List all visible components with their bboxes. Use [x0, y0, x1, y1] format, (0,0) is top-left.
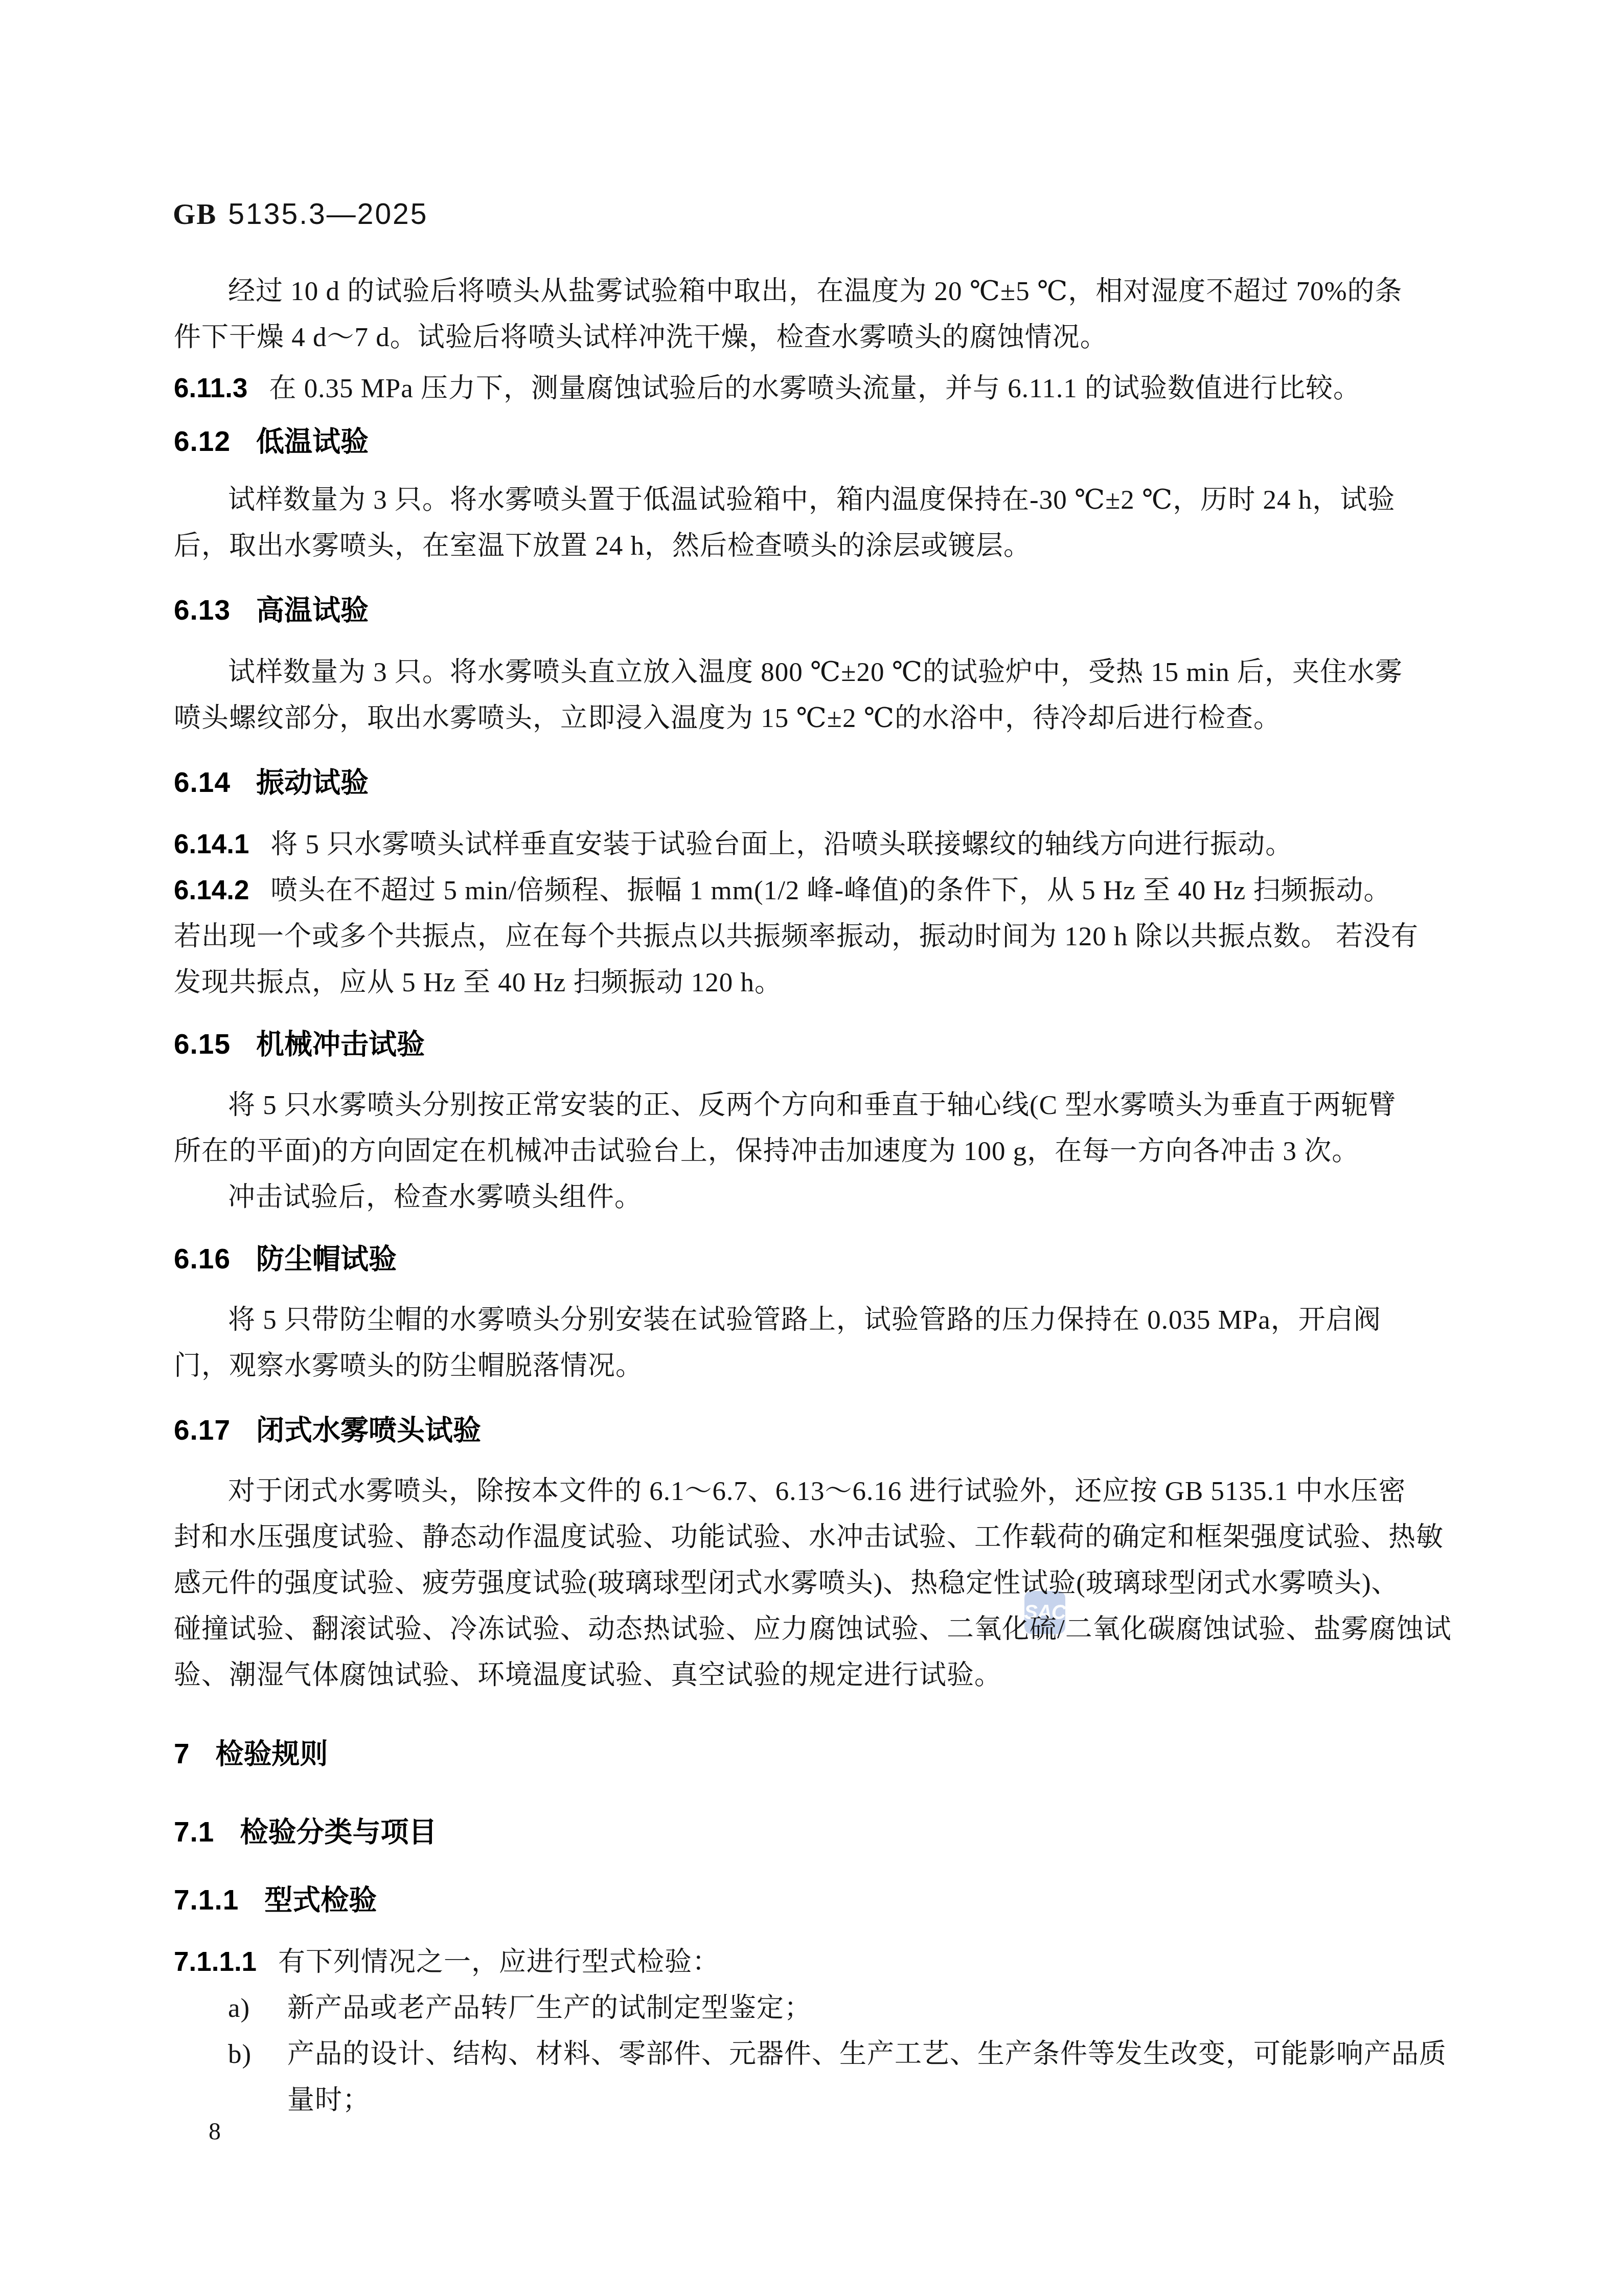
list-item-b-continuation: 量时； — [174, 2084, 1596, 2117]
list-item-a: a)新产品或老产品转厂生产的试制定型鉴定； — [174, 1992, 1596, 2025]
page-number: 8 — [209, 2119, 221, 2145]
paragraph-line: 对于闭式水雾喷头，除按本文件的 6.1～6.7、6.13～6.16 进行试验外，… — [174, 1475, 1537, 1508]
paragraph-line: 件下干燥 4 d～7 d。试验后将喷头试样冲洗干燥，检查水雾喷头的腐蚀情况。 — [174, 321, 1482, 354]
clause-6-14-2: 6.14.2喷头在不超过 5 min/倍频程、振幅 1 mm(1/2 峰-峰值)… — [174, 874, 1482, 907]
section-title: 防尘帽试验 — [256, 1243, 397, 1275]
section-heading-6-14: 6.14振动试验 — [174, 766, 1482, 799]
list-marker: a) — [228, 1992, 250, 2025]
section-number: 7.1 — [174, 1816, 214, 1848]
section-heading-6-16: 6.16防尘帽试验 — [174, 1242, 1482, 1275]
paragraph-line: 发现共振点，应从 5 Hz 至 40 Hz 扫频振动 120 h。 — [174, 966, 1482, 999]
section-title: 振动试验 — [256, 766, 369, 798]
paragraph-line: 若出现一个或多个共振点，应在每个共振点以共振频率振动，振动时间为 120 h 除… — [174, 920, 1482, 953]
standard-code: 5135.3—2025 — [228, 198, 428, 231]
paragraph-line: 感元件的强度试验、疲劳强度试验(玻璃球型闭式水雾喷头)、热稳定性试验(玻璃球型闭… — [174, 1567, 1482, 1600]
paragraph-line: 所在的平面)的方向固定在机械冲击试验台上，保持冲击加速度为 100 g，在每一方… — [174, 1135, 1482, 1168]
list-item-b: b)产品的设计、结构、材料、零部件、元器件、生产工艺、生产条件等发生改变，可能影… — [174, 2038, 1596, 2071]
section-number: 7 — [174, 1738, 190, 1769]
section-heading-7-1-1: 7.1.1型式检验 — [174, 1883, 1482, 1916]
clause-text: 在 0.35 MPa 压力下，测量腐蚀试验后的水雾喷头流量，并与 6.11.1 … — [269, 374, 1361, 403]
section-title: 高温试验 — [256, 594, 369, 626]
clause-number: 6.14.1 — [174, 829, 249, 859]
paragraph-line: 验、潮湿气体腐蚀试验、环境温度试验、真空试验的规定进行试验。 — [174, 1659, 1482, 1692]
section-title: 检验分类与项目 — [240, 1816, 437, 1848]
paragraph-line: 经过 10 d 的试验后将喷头从盐雾试验箱中取出，在温度为 20 ℃±5 ℃，相… — [174, 275, 1537, 308]
section-number: 6.16 — [174, 1243, 231, 1275]
section-number: 6.14 — [174, 766, 231, 798]
paragraph-line: 将 5 只水雾喷头分别按正常安装的正、反两个方向和垂直于轴心线(C 型水雾喷头为… — [174, 1089, 1537, 1122]
chapter-heading-7: 7检验规则 — [174, 1737, 1482, 1770]
section-number: 6.12 — [174, 425, 231, 457]
list-marker: b) — [228, 2038, 252, 2071]
section-number: 6.15 — [174, 1028, 231, 1060]
paragraph-line: 试样数量为 3 只。将水雾喷头置于低温试验箱中，箱内温度保持在-30 ℃±2 ℃… — [174, 484, 1537, 516]
paragraph-line: 冲击试验后，检查水雾喷头组件。 — [174, 1181, 1537, 1214]
clause-text: 将 5 只水雾喷头试样垂直安装于试验台面上，沿喷头联接螺纹的轴线方向进行振动。 — [270, 830, 1293, 859]
section-heading-6-15: 6.15机械冲击试验 — [174, 1028, 1482, 1060]
paragraph-line: 封和水压强度试验、静态动作温度试验、功能试验、水冲击试验、工作载荷的确定和框架强… — [174, 1521, 1482, 1554]
section-title: 低温试验 — [256, 425, 369, 457]
section-number: 6.13 — [174, 594, 231, 626]
paragraph-line: 后，取出水雾喷头，在室温下放置 24 h，然后检查喷头的涂层或镀层。 — [174, 530, 1482, 562]
section-title: 型式检验 — [264, 1884, 377, 1916]
section-heading-6-12: 6.12低温试验 — [174, 425, 1482, 458]
standard-number-header: GB5135.3—2025 — [173, 198, 428, 231]
clause-6-11-3: 6.11.3在 0.35 MPa 压力下，测量腐蚀试验后的水雾喷头流量，并与 6… — [174, 372, 1482, 405]
list-item-text: 产品的设计、结构、材料、零部件、元器件、生产工艺、生产条件等发生改变，可能影响产… — [287, 2039, 1447, 2069]
paragraph-line: 将 5 只带防尘帽的水雾喷头分别安装在试验管路上，试验管路的压力保持在 0.03… — [174, 1304, 1537, 1336]
section-number: 7.1.1 — [174, 1884, 239, 1916]
section-heading-6-17: 6.17闭式水雾喷头试验 — [174, 1414, 1482, 1446]
section-title: 机械冲击试验 — [256, 1028, 425, 1060]
clause-number: 6.14.2 — [174, 875, 249, 905]
document-page: SAC GB5135.3—2025 经过 10 d 的试验后将喷头从盐雾试验箱中… — [0, 0, 1623, 2296]
section-title: 闭式水雾喷头试验 — [256, 1414, 481, 1446]
clause-number: 6.11.3 — [174, 373, 247, 403]
clause-text: 有下列情况之一，应进行型式检验： — [278, 1947, 720, 1977]
paragraph-line: 试样数量为 3 只。将水雾喷头直立放入温度 800 ℃±20 ℃的试验炉中，受热… — [174, 656, 1537, 689]
standard-prefix: GB — [173, 198, 217, 231]
paragraph-line: 喷头螺纹部分，取出水雾喷头，立即浸入温度为 15 ℃±2 ℃的水浴中，待冷却后进… — [174, 702, 1482, 735]
clause-number: 7.1.1.1 — [174, 1947, 257, 1977]
clause-text: 喷头在不超过 5 min/倍频程、振幅 1 mm(1/2 峰-峰值)的条件下，从… — [270, 876, 1391, 905]
paragraph-line: 门，观察水雾喷头的防尘帽脱落情况。 — [174, 1350, 1482, 1382]
section-heading-6-13: 6.13高温试验 — [174, 594, 1482, 626]
clause-6-14-1: 6.14.1将 5 只水雾喷头试样垂直安装于试验台面上，沿喷头联接螺纹的轴线方向… — [174, 828, 1482, 861]
clause-7-1-1-1: 7.1.1.1有下列情况之一，应进行型式检验： — [174, 1946, 1482, 1979]
section-heading-7-1: 7.1检验分类与项目 — [174, 1815, 1482, 1848]
section-title: 检验规则 — [216, 1738, 328, 1769]
section-number: 6.17 — [174, 1414, 231, 1446]
paragraph-line: 碰撞试验、翻滚试验、冷冻试验、动态热试验、应力腐蚀试验、二氧化硫/二氧化碳腐蚀试… — [174, 1613, 1482, 1646]
list-item-text: 新产品或老产品转厂生产的试制定型鉴定； — [287, 1993, 812, 2023]
